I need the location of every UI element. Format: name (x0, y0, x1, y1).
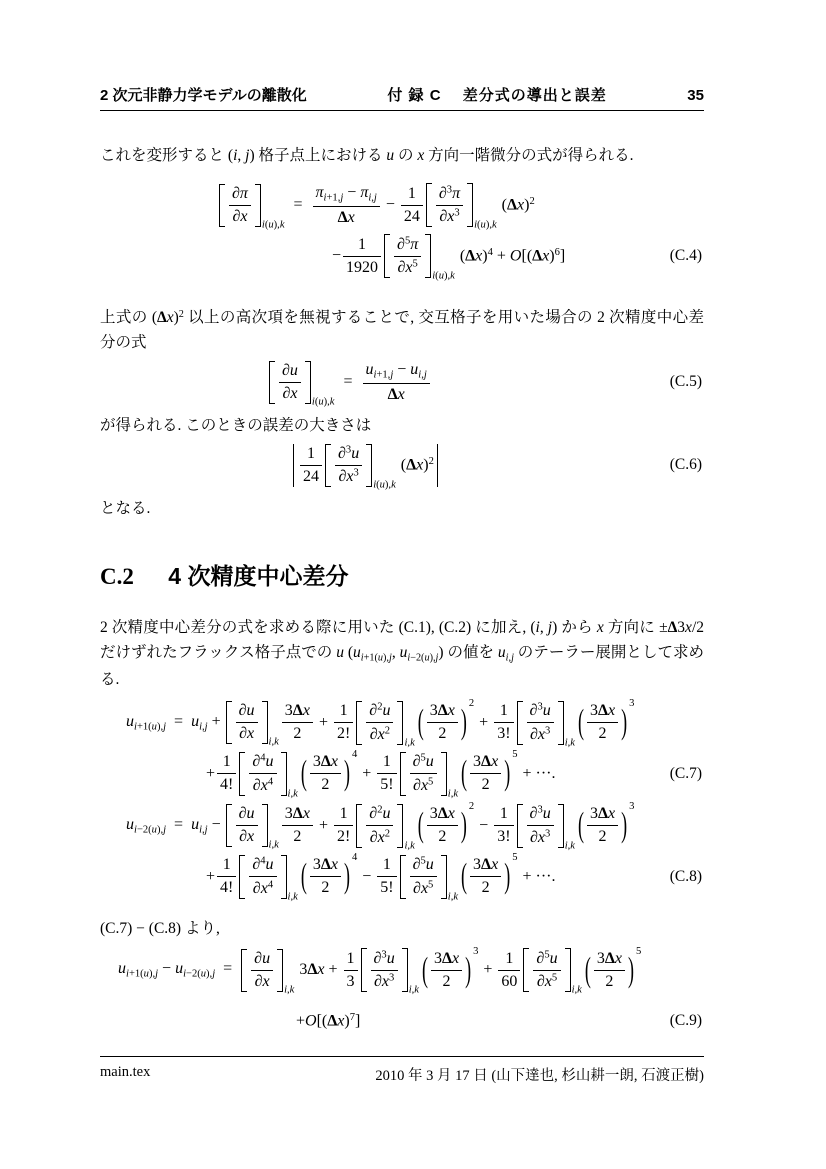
fraction: 15! (377, 752, 396, 795)
fraction: ∂3π∂x3 (436, 183, 463, 227)
equation-c7: ui+1(u),j = ui,j + ∂u∂xi,k3Δx2 + 12!∂2u∂… (100, 700, 704, 797)
paren-delimiter: ( (460, 856, 468, 897)
delimited-group: ∂3u∂x3i,k (517, 804, 575, 848)
bracket-delimiter (305, 361, 311, 404)
bracket-delimiter (356, 804, 362, 848)
paren-delimiter: ) (464, 950, 472, 991)
bracket-delimiter (425, 234, 431, 278)
page-content: 2 次元非静力学モデルの離散化 付 録 C 差分式の導出と誤差 35 これを変形… (100, 0, 704, 1044)
fraction: ∂5u∂x5 (410, 752, 437, 796)
delimited-group: (3Δx2)4 (300, 752, 357, 795)
bracket-delimiter (241, 949, 247, 992)
paren-delimiter: ) (460, 702, 468, 743)
fraction: ∂2u∂x2 (366, 804, 393, 848)
delimited-group: (3Δx2)4 (300, 855, 357, 898)
equation-row: ∂π∂xi(u),k = πi+1,j − πi,jΔx − 124∂3π∂x3… (218, 182, 704, 228)
fraction: πi+1,j − πi,jΔx (313, 183, 380, 228)
bracket-delimiter (361, 948, 367, 992)
delimited-group: ∂4u∂x4i,k (239, 752, 297, 796)
equation-row: +14!∂4u∂x4i,k(3Δx2)4 + 15!∂5u∂x5i,k(3Δx2… (206, 751, 704, 797)
paren-delimiter: ( (300, 753, 308, 794)
fraction: 3Δx2 (594, 949, 625, 992)
fraction: 13! (494, 804, 513, 847)
paren-delimiter: ( (300, 856, 308, 897)
paren-delimiter: ( (584, 950, 592, 991)
paren-delimiter: ( (577, 805, 585, 846)
delimited-group: ∂3u∂x3i,k (361, 948, 419, 992)
abs-bar (437, 444, 438, 488)
equation-row: ∂u∂xi(u),k = ui+1,j − ui,jΔx(C.5) (268, 359, 704, 405)
header-page-number: 35 (687, 87, 704, 104)
section-heading: C.2 4 次精度中心差分 (100, 558, 704, 591)
fraction: ui+1,j − ui,jΔx (363, 360, 430, 405)
section-title: 4 次精度中心差分 (168, 563, 348, 589)
bracket-delimiter (226, 804, 232, 847)
bracket-delimiter (366, 444, 372, 488)
bracket-delimiter (523, 948, 529, 992)
bracket-delimiter (402, 948, 408, 992)
delimited-group: (3Δx2)3 (577, 804, 634, 847)
section-number: C.2 (100, 564, 134, 589)
equation-c6: 124∂3u∂x3i(u),k (Δx)2(C.6) (100, 442, 704, 488)
document-page: 2 次元非静力学モデルの離散化 付 録 C 差分式の導出と誤差 35 これを変形… (0, 0, 826, 1169)
bracket-delimiter (277, 949, 283, 992)
bracket-delimiter (356, 701, 362, 745)
fraction: ∂π∂x (229, 184, 251, 227)
equation-number: (C.6) (670, 456, 702, 474)
fraction: ∂u∂x (236, 804, 258, 847)
bracket-delimiter (400, 752, 406, 796)
equation-row: ui+1(u),j = ui,j + ∂u∂xi,k3Δx2 + 12!∂2u∂… (126, 700, 704, 746)
equation-c5: ∂u∂xi(u),k = ui+1,j − ui,jΔx(C.5) (100, 359, 704, 405)
bracket-delimiter (426, 183, 432, 227)
fraction: 13! (494, 701, 513, 744)
delimited-group: ∂3u∂x3i,k (517, 701, 575, 745)
page-footer: main.tex 2010 年 3 月 17 日 (山下達也, 杉山耕一朗, 石… (100, 1056, 704, 1085)
fraction: 3Δx2 (310, 855, 341, 898)
paragraph-transform-intro: これを変形すると (i, j) 格子点上における u の x 方向一階微分の式が… (100, 143, 704, 168)
bracket-delimiter (400, 855, 406, 899)
delimited-group: ∂5u∂x5i,k (400, 855, 458, 899)
bracket-delimiter (281, 855, 287, 899)
fraction: ∂5π∂x5 (394, 234, 421, 278)
fraction: ∂3u∂x3 (335, 444, 362, 488)
bracket-delimiter (239, 752, 245, 796)
bracket-delimiter (219, 184, 225, 227)
delimited-group: ∂u∂xi,k (241, 949, 294, 992)
fraction: ∂2u∂x2 (366, 701, 393, 745)
equation-row: ui+1(u),j − ui−2(u),j = ∂u∂xi,k 3Δx + 13… (118, 947, 704, 993)
bracket-delimiter (262, 804, 268, 847)
bracket-delimiter (269, 361, 275, 404)
fraction: ∂5u∂x5 (410, 855, 437, 899)
paren-delimiter: ) (503, 753, 511, 794)
footer-filename: main.tex (100, 1064, 150, 1085)
fraction: ∂4u∂x4 (249, 752, 276, 796)
bracket-delimiter (262, 701, 268, 744)
abs-bar (293, 444, 294, 488)
equation-number: (C.8) (670, 868, 702, 886)
delimited-group: ∂3π∂x3i(u),k (426, 183, 497, 227)
bracket-delimiter (441, 855, 447, 899)
fraction: 3Δx2 (310, 752, 341, 795)
fraction: 3Δx2 (427, 701, 458, 744)
delimited-group: ∂5u∂x5i,k (523, 948, 581, 992)
paren-delimiter: ( (577, 702, 585, 743)
fraction: 12! (334, 701, 353, 744)
fraction: ∂u∂x (236, 701, 258, 744)
paren-delimiter: ( (417, 805, 425, 846)
fraction: 3Δx2 (470, 855, 501, 898)
bracket-delimiter (558, 701, 564, 745)
bracket-delimiter (384, 234, 390, 278)
delimited-group: (3Δx2)3 (421, 949, 478, 992)
header-chapter-title: 付 録 C 差分式の導出と誤差 (387, 84, 606, 105)
equation-number: (C.4) (670, 247, 702, 265)
fraction: 3Δx2 (282, 804, 313, 847)
equation-row: ui−2(u),j = ui,j − ∂u∂xi,k3Δx2 + 12!∂2u∂… (126, 803, 704, 849)
paren-delimiter: ) (620, 702, 628, 743)
bracket-delimiter (397, 804, 403, 848)
footer-date-authors: 2010 年 3 月 17 日 (山下達也, 杉山耕一朗, 石渡正樹) (375, 1064, 704, 1085)
delimited-group: ∂u∂xi(u),k (269, 361, 334, 404)
fraction: 11920 (343, 235, 381, 278)
paren-delimiter: ( (460, 753, 468, 794)
fraction: ∂3u∂x3 (527, 701, 554, 745)
bracket-delimiter (517, 804, 523, 848)
delimited-group: (3Δx2)2 (417, 701, 474, 744)
fraction: 14! (217, 855, 236, 898)
delimited-group: ∂2u∂x2i,k (356, 701, 414, 745)
fraction: 15! (377, 855, 396, 898)
bracket-delimiter (226, 701, 232, 744)
delimited-group: (3Δx2)5 (584, 949, 641, 992)
fraction: ∂3u∂x3 (371, 948, 398, 992)
equation-c8: ui−2(u),j = ui,j − ∂u∂xi,k3Δx2 + 12!∂2u∂… (100, 803, 704, 900)
delimited-group: ∂2u∂x2i,k (356, 804, 414, 848)
delimited-group: ∂π∂xi(u),k (219, 184, 285, 227)
delimited-group: (3Δx2)2 (417, 804, 474, 847)
paragraph-tonaru: となる. (100, 496, 704, 521)
header-running-title: 2 次元非静力学モデルの離散化 (100, 84, 307, 105)
equation-row: −11920∂5π∂x5i(u),k (Δx)4 + O[(Δx)6](C.4) (332, 233, 704, 279)
paren-delimiter: ) (343, 753, 351, 794)
paragraph-error-intro: が得られる. このときの誤差の大きさは (100, 413, 704, 438)
fraction: 124 (300, 444, 322, 487)
bracket-delimiter (255, 184, 261, 227)
bracket-delimiter (239, 855, 245, 899)
bracket-delimiter (441, 752, 447, 796)
bracket-delimiter (397, 701, 403, 745)
fraction: 13 (344, 949, 358, 992)
paren-delimiter: ) (503, 856, 511, 897)
fraction: 14! (217, 752, 236, 795)
fraction: 3Δx2 (427, 804, 458, 847)
delimited-group: ∂u∂xi,k (226, 701, 279, 744)
paragraph-taylor-intro: 2 次精度中心差分の式を求める際に用いた (C.1), (C.2) に加え, (… (100, 615, 704, 692)
fraction: 3Δx2 (431, 949, 462, 992)
equation-number: (C.9) (670, 1012, 702, 1030)
bracket-delimiter (325, 444, 331, 488)
bracket-delimiter (281, 752, 287, 796)
fraction: 3Δx2 (587, 701, 618, 744)
paren-delimiter: ) (343, 856, 351, 897)
equation-number: (C.5) (670, 373, 702, 391)
fraction: 124 (401, 184, 423, 227)
delimited-group: (3Δx2)5 (460, 855, 517, 898)
paren-delimiter: ) (620, 805, 628, 846)
delimited-group: ∂3u∂x3i(u),k (325, 444, 396, 488)
fraction: ∂5u∂x5 (533, 948, 560, 992)
paragraph-second-order: 上式の (Δx)2 以上の高次項を無視することで, 交互格子を用いた場合の 2 … (100, 305, 704, 355)
paren-delimiter: ( (421, 950, 429, 991)
delimited-group: (3Δx2)3 (577, 701, 634, 744)
fraction: ∂4u∂x4 (249, 855, 276, 899)
fraction: 3Δx2 (470, 752, 501, 795)
delimited-group: ∂u∂xi,k (226, 804, 279, 847)
paren-delimiter: ( (417, 702, 425, 743)
equation-c4: ∂π∂xi(u),k = πi+1,j − πi,jΔx − 124∂3π∂x3… (100, 182, 704, 279)
delimited-group: ∂4u∂x4i,k (239, 855, 297, 899)
bracket-delimiter (467, 183, 473, 227)
equation-row: 124∂3u∂x3i(u),k (Δx)2(C.6) (292, 442, 704, 488)
delimited-group: ∂5u∂x5i,k (400, 752, 458, 796)
equation-number: (C.7) (670, 765, 702, 783)
paragraph-c7-minus-c8: (C.7) − (C.8) より, (100, 916, 704, 941)
fraction: ∂u∂x (279, 361, 301, 404)
equation-row: +O[(Δx)7](C.9) (296, 998, 704, 1044)
delimited-group: ∂5π∂x5i(u),k (384, 234, 455, 278)
fraction: ∂3u∂x3 (527, 804, 554, 848)
paren-delimiter: ) (627, 950, 635, 991)
delimited-group: (3Δx2)5 (460, 752, 517, 795)
page-header: 2 次元非静力学モデルの離散化 付 録 C 差分式の導出と誤差 35 (100, 0, 704, 111)
bracket-delimiter (565, 948, 571, 992)
bracket-delimiter (558, 804, 564, 848)
fraction: ∂u∂x (251, 949, 273, 992)
bracket-delimiter (517, 701, 523, 745)
equation-row: +14!∂4u∂x4i,k(3Δx2)4 − 15!∂5u∂x5i,k(3Δx2… (206, 854, 704, 900)
fraction: 12! (334, 804, 353, 847)
fraction: 3Δx2 (282, 701, 313, 744)
fraction: 160 (498, 949, 520, 992)
paren-delimiter: ) (460, 805, 468, 846)
fraction: 3Δx2 (587, 804, 618, 847)
equation-c9: ui+1(u),j − ui−2(u),j = ∂u∂xi,k 3Δx + 13… (100, 947, 704, 1044)
delimited-group: 124∂3u∂x3i(u),k (Δx)2 (293, 444, 438, 488)
